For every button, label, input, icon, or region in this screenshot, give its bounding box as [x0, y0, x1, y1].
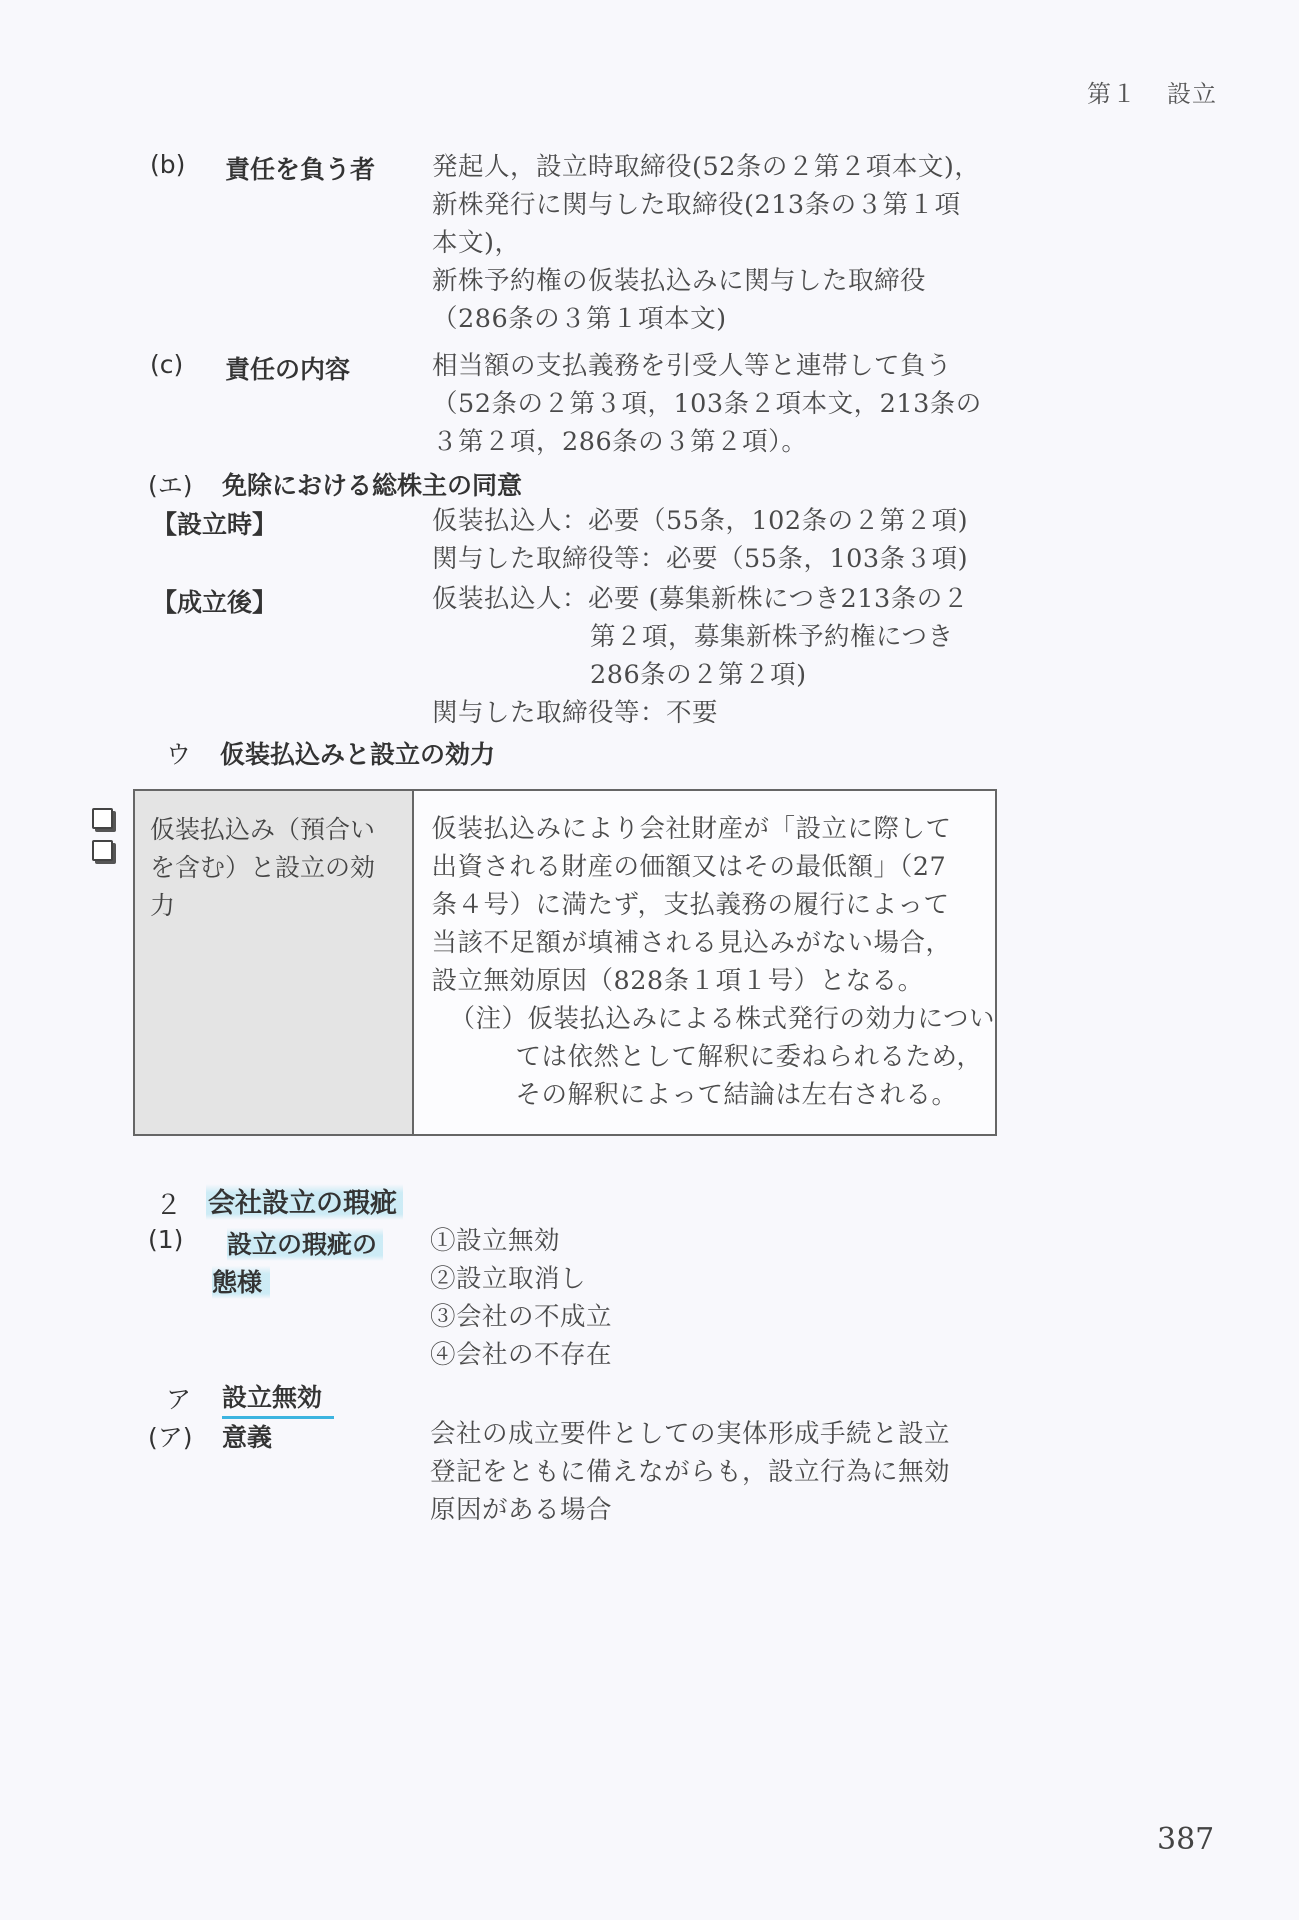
section-a-1-body: 会社の成立要件としての実体形成手続と設立 登記をともに備えながらも，設立行為に無… [430, 1415, 950, 1529]
running-head-title: 設立 [1167, 80, 1217, 108]
section-b-marker: (b) [150, 150, 185, 179]
after-formation-line: 関与した取締役等：不要 [432, 694, 969, 732]
running-head: 第１設立 [1087, 74, 1217, 109]
at-incorporation-body: 仮装払込人：必要（55条，102条の２第２項) 関与した取締役等：必要（55条，… [432, 502, 968, 578]
table-right-line: 条４号）に満たず，支払義務の履行によって [431, 886, 995, 924]
section-c-body: 相当額の支払義務を引受人等と連帯して負う （52条の２第３項，103条２項本文，… [432, 347, 982, 461]
section-2-1-marker: (1) [148, 1225, 183, 1254]
after-formation-line: 286条の２第２項) [432, 656, 969, 694]
section-b-line: 本文)， [432, 224, 980, 262]
table-note-marker: （注） [449, 1004, 527, 1034]
table-left-cell: 仮装払込み（預合い を含む）と設立の効 力 [135, 791, 414, 1134]
section-2-1-label-line1: 設立の瑕疵の [227, 1225, 383, 1261]
section-2-label: 会社設立の瑕疵 [206, 1181, 403, 1220]
defect-types-list: ①設立無効 ②設立取消し ③会社の不成立 ④会社の不存在 [430, 1222, 612, 1374]
section-2-marker: ２ [155, 1183, 182, 1222]
section-2-1-label-line2: 態様 [212, 1263, 270, 1299]
section-c-line: 相当額の支払義務を引受人等と連帯して負う [432, 347, 982, 385]
section-a-1-label: 意義 [222, 1418, 272, 1454]
section-b-label: 責任を負う者 [225, 150, 375, 186]
table-right-line: 出資される財産の価額又はその最低額」（27 [431, 848, 995, 886]
section-e-marker: (エ) [148, 466, 193, 502]
table-right-line: 仮装払込みにより会社財産が「設立に際して [431, 810, 995, 848]
after-formation-line: 仮装払込人：必要 (募集新株につき213条の２ [432, 580, 969, 618]
after-formation-label: 【成立後】 [152, 583, 277, 619]
at-incorporation-line: 関与した取締役等：必要（55条，103条３項) [432, 540, 968, 578]
section-c-line: ３第２項，286条の３第２項）。 [432, 423, 982, 461]
table-note-line: その解釈によって結論は左右される。 [431, 1076, 995, 1114]
page-number: 387 [1157, 1822, 1214, 1857]
table-note-line: 仮装払込みによる株式発行の効力につい [528, 1004, 996, 1034]
at-incorporation-line: 仮装払込人：必要（55条，102条の２第２項) [432, 502, 968, 540]
section-b-line: 新株発行に関与した取締役(213条の３第１項 [432, 186, 980, 224]
summary-table: 仮装払込み（預合い を含む）と設立の効 力 仮装払込みにより会社財産が「設立に際… [133, 789, 997, 1136]
table-left-line: 仮装払込み（預合い [150, 811, 398, 849]
defect-type-item: ④会社の不存在 [430, 1336, 612, 1374]
section-a-1-line: 登記をともに備えながらも，設立行為に無効 [430, 1453, 950, 1491]
table-right-line: 設立無効原因（828条１項１号）となる。 [431, 962, 995, 1000]
section-a-label: 設立無効 [222, 1378, 334, 1419]
section-c-label: 責任の内容 [225, 350, 350, 386]
running-head-chapter: 第１ [1087, 80, 1137, 108]
section-e-label: 免除における総株主の同意 [222, 466, 522, 502]
after-formation-body: 仮装払込人：必要 (募集新株につき213条の２ 第２項，募集新株予約権につき 2… [432, 580, 969, 732]
defect-type-item: ③会社の不成立 [430, 1298, 612, 1336]
section-b-line: 発起人，設立時取締役(52条の２第２項本文)， [432, 148, 980, 186]
table-left-line: 力 [150, 887, 398, 925]
defect-type-item: ①設立無効 [430, 1222, 612, 1260]
table-note-first: （注）仮装払込みによる株式発行の効力につい [431, 1000, 995, 1038]
table-note-line: ては依然として解釈に委ねられるため， [431, 1038, 995, 1076]
table-left-line: を含む）と設立の効 [150, 849, 398, 887]
section-b-body: 発起人，設立時取締役(52条の２第２項本文)， 新株発行に関与した取締役(213… [432, 148, 980, 338]
section-a-marker: ア [166, 1380, 191, 1416]
section-c-marker: (c) [150, 350, 183, 379]
section-a-1-line: 会社の成立要件としての実体形成手続と設立 [430, 1415, 950, 1453]
after-formation-line: 第２項，募集新株予約権につき [432, 618, 969, 656]
defect-type-item: ②設立取消し [430, 1260, 612, 1298]
review-checkbox-2[interactable] [92, 840, 113, 861]
review-checkbox-1[interactable] [92, 808, 113, 829]
section-b-line: （286条の３第１項本文) [432, 300, 980, 338]
table-right-cell: 仮装払込みにより会社財産が「設立に際して 出資される財産の価額又はその最低額」（… [414, 791, 995, 1134]
section-u-marker: ウ [166, 735, 191, 771]
table-right-line: 当該不足額が填補される見込みがない場合， [431, 924, 995, 962]
section-a-1-line: 原因がある場合 [430, 1491, 950, 1529]
at-incorporation-label: 【設立時】 [152, 505, 277, 541]
section-b-line: 新株予約権の仮装払込みに関与した取締役 [432, 262, 980, 300]
section-c-line: （52条の２第３項，103条２項本文，213条の [432, 385, 982, 423]
section-u-label: 仮装払込みと設立の効力 [220, 735, 495, 771]
section-a-1-marker: (ア) [148, 1418, 193, 1454]
